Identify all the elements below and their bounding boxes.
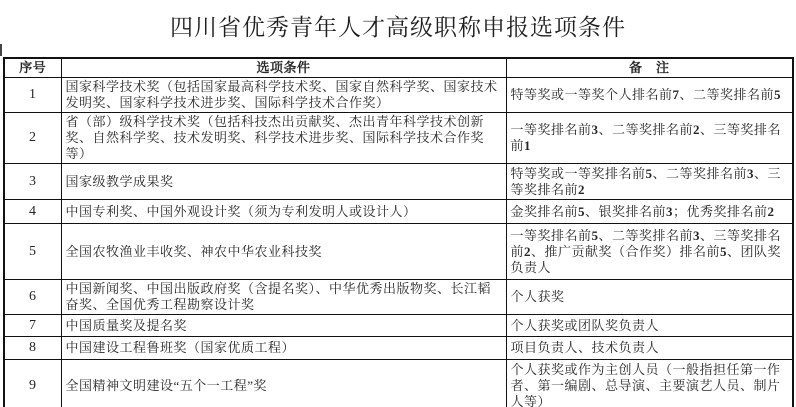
row-index-cell: 4 — [4, 200, 61, 224]
table-row: 3 国家级教学成果奖 特等奖或一等奖排名前5、二等奖排名前3、三等奖排名前2 — [4, 164, 793, 200]
row-index-cell: 7 — [4, 315, 61, 337]
remark-cell: 个人获奖或团队奖负责人 — [506, 315, 793, 337]
table-row: 4 中国专利奖、中国外观设计奖（须为专利发明人或设计人） 金奖排名前5、银奖排名… — [4, 200, 793, 224]
remark-cell: 特等奖或一等奖个人排名前7、二等奖排名前5 — [506, 78, 793, 113]
condition-cell: 中国新闻奖、中国出版政府奖（含提名奖）、中华优秀出版物奖、长江韬奋奖、全国优秀工… — [61, 280, 506, 315]
condition-cell: 中国质量奖及提名奖 — [61, 315, 506, 337]
table-row: 5 全国农牧渔业丰收奖、神农中华农业科技奖 一等奖排名前5、二等奖排名前3、三等… — [4, 224, 793, 280]
table-row: 7 中国质量奖及提名奖 个人获奖或团队奖负责人 — [4, 315, 793, 337]
remark-cell: 个人获奖或作为主创人员（一般指担任第一作者、第一编剧、总导演、主要演艺人员、制片… — [506, 360, 793, 407]
page-title: 四川省优秀青年人才高级职称申报选项条件 — [0, 9, 796, 42]
stray-mark — [0, 44, 2, 56]
row-index-cell: 5 — [4, 224, 61, 280]
table-row: 1 国家科学技术奖（包括国家最高科学技术奖、国家自然科学奖、国家技术发明奖、国家… — [4, 78, 793, 113]
table-row: 8 中国建设工程鲁班奖（国家优质工程） 项目负责人、技术负责人 — [4, 337, 793, 360]
row-index-cell: 8 — [4, 337, 61, 360]
condition-cell: 中国专利奖、中国外观设计奖（须为专利发明人或设计人） — [61, 200, 506, 224]
table-row: 9 全国精神文明建设“五个一工程”奖 个人获奖或作为主创人员（一般指担任第一作者… — [4, 360, 793, 407]
condition-cell: 国家级教学成果奖 — [61, 164, 506, 200]
remark-cell: 金奖排名前5、银奖排名前3；优秀奖排名前2 — [506, 200, 793, 224]
remark-cell: 项目负责人、技术负责人 — [506, 337, 793, 360]
remark-cell: 一等奖排名前5、二等奖排名前3、三等奖排名前2、推广贡献奖（合作奖）排名前5、团… — [506, 224, 793, 280]
row-index-cell: 2 — [4, 113, 61, 164]
row-index-cell: 9 — [4, 360, 61, 407]
row-index-cell: 6 — [4, 280, 61, 315]
row-index-cell: 1 — [4, 78, 61, 113]
table-row: 6 中国新闻奖、中国出版政府奖（含提名奖）、中华优秀出版物奖、长江韬奋奖、全国优… — [4, 280, 793, 315]
remark-cell: 一等奖排名前3、二等奖排名前2、三等奖排名前1 — [506, 113, 793, 164]
header-index: 序号 — [4, 58, 61, 78]
remark-cell: 个人获奖 — [506, 280, 793, 315]
header-condition: 选项条件 — [61, 58, 506, 78]
award-conditions-table: 序号 选项条件 备 注 1 国家科学技术奖（包括国家最高科学技术奖、国家自然科学… — [3, 57, 794, 407]
condition-cell: 省（部）级科学技术奖（包括科技杰出贡献奖、杰出青年科学技术创新奖、自然科学奖、技… — [61, 113, 506, 164]
condition-cell: 全国精神文明建设“五个一工程”奖 — [61, 360, 506, 407]
row-index-cell: 3 — [4, 164, 61, 200]
remark-cell: 特等奖或一等奖排名前5、二等奖排名前3、三等奖排名前2 — [506, 164, 793, 200]
header-remark: 备 注 — [506, 58, 793, 78]
condition-cell: 中国建设工程鲁班奖（国家优质工程） — [61, 337, 506, 360]
condition-cell: 国家科学技术奖（包括国家最高科学技术奖、国家自然科学奖、国家技术发明奖、国家科学… — [61, 78, 506, 113]
table-row: 2 省（部）级科学技术奖（包括科技杰出贡献奖、杰出青年科学技术创新奖、自然科学奖… — [4, 113, 793, 164]
condition-cell: 全国农牧渔业丰收奖、神农中华农业科技奖 — [61, 224, 506, 280]
table-header-row: 序号 选项条件 备 注 — [4, 58, 793, 78]
